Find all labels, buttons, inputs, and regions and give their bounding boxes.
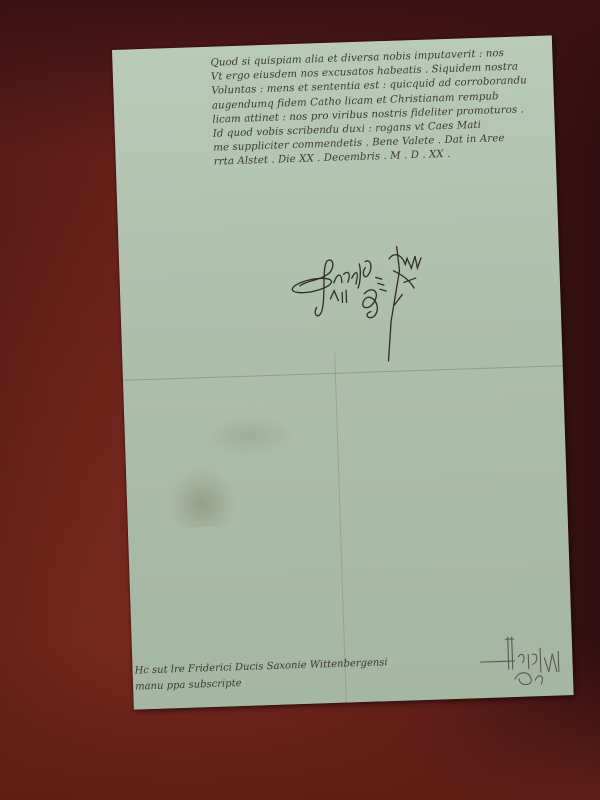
letter-body: Quod si quispiam alia et diversa nobis i… (210, 46, 544, 171)
archival-note: Hc sut lre Friderici Ducis Saxonie Witte… (134, 652, 475, 695)
letter-sheet: Quod si quispiam alia et diversa nobis i… (112, 35, 574, 709)
paper-stain (204, 414, 295, 457)
vertical-fold-line (334, 353, 347, 703)
paper-stain (166, 466, 238, 528)
monogram-icon (478, 631, 570, 690)
signature-flourish-icon (289, 239, 454, 384)
